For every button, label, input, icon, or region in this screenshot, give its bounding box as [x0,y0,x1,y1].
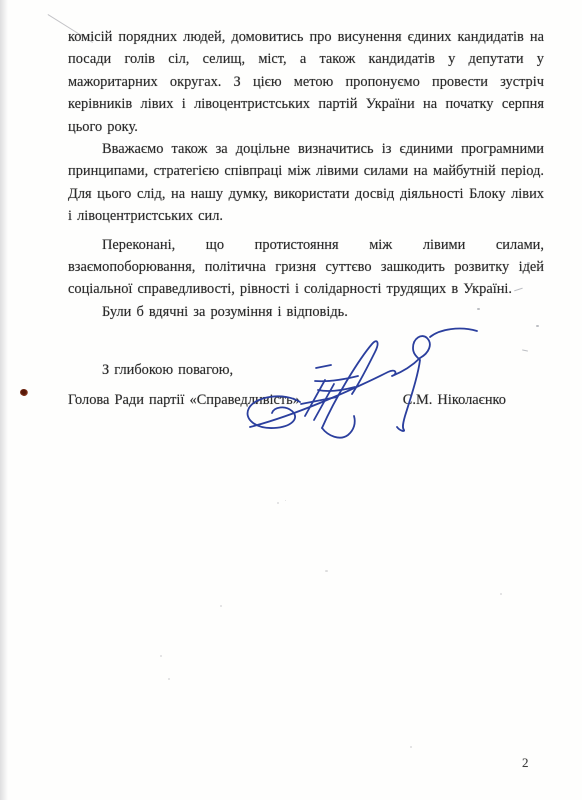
page-number: 2 [522,755,529,771]
pencil-mark [527,262,530,264]
paragraph: Вважаємо також за доцільне визначитись і… [68,138,544,228]
signature-ink [238,324,480,452]
scan-edge-shadow [0,0,8,800]
pencil-mark [477,308,480,310]
pencil-mark [536,325,539,327]
paper-speck [160,655,162,657]
paper-speck [285,500,286,501]
paper-speck [220,605,222,607]
paper-speck [500,593,502,595]
red-ink-dot-artifact [19,388,29,397]
scanned-letter-page: комісій порядних людей, домовитись про в… [0,0,582,800]
paper-speck [277,502,279,504]
paragraph: Були б вдячні за розуміння і відповідь. [68,301,544,323]
paper-speck [168,678,170,680]
paragraph: Переконані, що протистояння між лівими с… [68,234,544,301]
paragraph: комісій порядних людей, домовитись про в… [68,26,544,138]
paper-speck [410,746,412,748]
paper-speck [325,570,328,572]
